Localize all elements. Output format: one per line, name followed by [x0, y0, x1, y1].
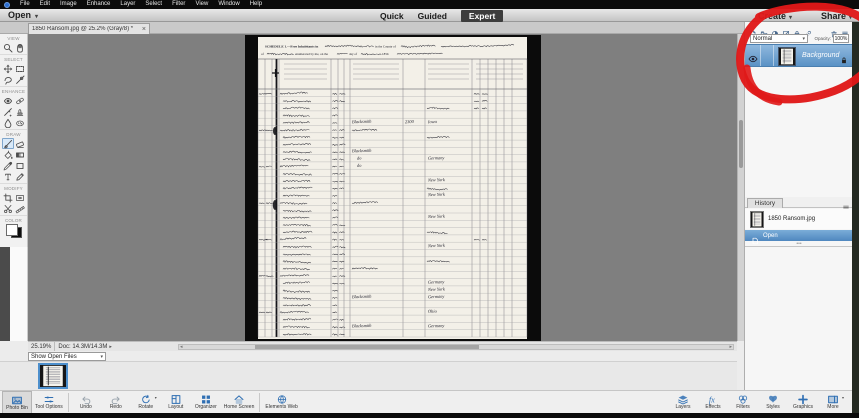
history-panel-header: History	[745, 197, 852, 208]
red-eye-tool[interactable]	[2, 95, 14, 106]
taskbar: Photo BinTool OptionsUndoRedo▾RotateLayo…	[0, 390, 852, 413]
toolbox-section-label: MODIFY	[0, 186, 27, 191]
lock-layer-icon[interactable]	[793, 25, 801, 33]
scroll-right-icon[interactable]: ▸	[729, 344, 732, 350]
opacity-label: Opacity:	[809, 36, 831, 41]
horizontal-scrollbar[interactable]: ◂ ▸	[178, 344, 734, 350]
layers-icon	[677, 392, 689, 403]
redo-icon	[110, 392, 122, 403]
menu-view[interactable]: View	[195, 0, 208, 9]
document-tab[interactable]: 1850 Ransom.jpg @ 25.2% (Gray/8) * ×	[28, 23, 150, 34]
sponge-tool[interactable]	[14, 117, 26, 128]
svg-text:Blacksmith: Blacksmith	[352, 119, 372, 125]
census-document-image[interactable]: SCHEDULE 1.—Free Inhabitants inin the Co…	[245, 35, 541, 341]
blend-mode-select[interactable]: Normal▾	[750, 34, 808, 43]
layer-row-background[interactable]: Background	[745, 44, 852, 67]
tool-options-icon	[43, 392, 55, 403]
app-logo-icon	[4, 2, 10, 8]
document-tab-bar: 1850 Ransom.jpg @ 25.2% (Gray/8) * ×	[0, 22, 744, 34]
layer-thumbnail[interactable]	[778, 47, 796, 66]
quick-selection-tool[interactable]	[14, 74, 26, 85]
history-file-entry[interactable]: 1850 Ransom.jpg	[745, 209, 852, 229]
toolbox-section-label: SELECT	[0, 57, 27, 62]
new-layer-icon[interactable]	[749, 25, 757, 33]
globe-icon	[276, 392, 288, 403]
pencil-tool[interactable]	[14, 171, 26, 182]
svg-text:Iowa: Iowa	[427, 119, 438, 124]
svg-text:New York: New York	[427, 177, 446, 182]
home-icon	[233, 392, 245, 403]
taskbar-organizer-button[interactable]: Organizer	[191, 391, 221, 414]
taskbar-layout-button[interactable]: Layout	[161, 391, 191, 414]
move-tool[interactable]	[2, 63, 14, 74]
svg-text:Germany: Germany	[428, 155, 445, 160]
gradient-tool[interactable]	[14, 149, 26, 160]
toolbox-section-view: VIEW	[0, 36, 27, 54]
tab-expert[interactable]: Expert	[461, 10, 503, 22]
vertical-scrollbar-thumb[interactable]	[739, 120, 743, 168]
svg-text:Blacksmith: Blacksmith	[352, 148, 372, 154]
rotate-icon: ▾	[140, 392, 152, 403]
taskbar-elements-web-button[interactable]: Elements Web	[262, 391, 300, 414]
create-button[interactable]: Create▾	[758, 11, 792, 21]
toolbox-section-draw: DRAW	[0, 129, 27, 183]
svg-text:2300: 2300	[405, 119, 415, 124]
photoshop-elements-window: FileEditImageEnhanceLayerSelectFilterVie…	[0, 0, 859, 418]
clone-stamp-tool[interactable]	[14, 106, 26, 117]
toolbox-section-label: ENHANCE	[0, 89, 27, 94]
eyedropper-tool[interactable]	[2, 160, 14, 171]
zoom-tool[interactable]	[2, 42, 14, 53]
svg-text:Blacksmith: Blacksmith	[352, 323, 372, 329]
menu-filter[interactable]: Filter	[172, 0, 185, 9]
svg-text:1850.: 1850.	[382, 52, 389, 56]
toolbox-grid	[0, 63, 27, 85]
open-button[interactable]: Open▾	[8, 10, 38, 20]
panel-resize-handle[interactable]: •••	[745, 242, 852, 247]
toolbox-grid	[0, 95, 27, 128]
panel-menu-icon[interactable]	[841, 25, 849, 33]
taskbar-home-screen-button[interactable]: Home Screen	[221, 391, 258, 414]
status-bar: 25.19% Doc: 14.3M/14.3M▸ ◂ ▸	[28, 341, 737, 351]
layers-panel-icons	[745, 24, 852, 33]
tab-quick[interactable]: Quick	[380, 11, 404, 21]
svg-text:Ohio: Ohio	[428, 309, 438, 314]
foreground-color-swatch[interactable]	[6, 224, 18, 236]
filters-icon	[737, 392, 749, 403]
right-panel: Normal▾ Opacity: 100% Background History…	[744, 22, 852, 390]
recompose-tool[interactable]	[14, 192, 26, 203]
svg-text:SCHEDULE 1.—Free Inhabitants i: SCHEDULE 1.—Free Inhabitants in	[265, 45, 318, 49]
chevron-down-icon: ▾	[802, 36, 805, 42]
smart-brush-tool[interactable]	[2, 106, 14, 117]
window-edge	[0, 413, 859, 418]
color-swatches[interactable]	[6, 224, 22, 238]
mode-tabs: QuickGuidedExpert	[380, 9, 503, 22]
chevron-down-icon: ▾	[849, 15, 852, 21]
layout-icon	[170, 392, 182, 403]
taskbar-styles-button[interactable]: Styles	[758, 391, 788, 414]
svg-text:Blacksmith: Blacksmith	[352, 294, 372, 300]
toolbox-section-label: DRAW	[0, 132, 27, 137]
taskbar-separator	[68, 393, 69, 412]
vertical-scrollbar[interactable]	[737, 34, 744, 341]
trash-icon[interactable]	[830, 25, 838, 33]
menu-edit[interactable]: Edit	[40, 0, 50, 9]
taskbar-tool-options-button[interactable]: Tool Options	[32, 391, 66, 414]
menu-select[interactable]: Select	[145, 0, 162, 9]
toolbox-section-color: COLOR	[0, 215, 27, 241]
undo-icon	[80, 392, 92, 403]
new-group-icon[interactable]	[760, 25, 768, 33]
svg-text:New York: New York	[427, 192, 446, 197]
scroll-left-icon[interactable]: ◂	[180, 344, 183, 350]
marquee-tool[interactable]	[14, 63, 26, 74]
show-open-files-select[interactable]: Show Open Files▾	[28, 352, 106, 361]
tab-history[interactable]: History	[747, 198, 783, 208]
menu-bar: FileEditImageEnhanceLayerSelectFilterVie…	[0, 0, 859, 9]
toolbox-spacer	[10, 247, 28, 341]
spot-healing-tool[interactable]	[14, 95, 26, 106]
content-aware-move-tool[interactable]	[2, 203, 14, 214]
menu-window[interactable]: Window	[218, 0, 239, 9]
taskbar-undo-button[interactable]: Undo	[71, 391, 101, 414]
straighten-tool[interactable]	[14, 203, 26, 214]
svg-text:in the County of: in the County of	[375, 45, 397, 49]
menu-file[interactable]: File	[20, 0, 30, 9]
shape-tool[interactable]	[14, 160, 26, 171]
menu-items: FileEditImageEnhanceLayerSelectFilterVie…	[20, 0, 262, 9]
menu-image[interactable]: Image	[60, 0, 77, 9]
svg-text:New York: New York	[427, 286, 446, 291]
toolbox-grid	[0, 138, 27, 182]
crop-tool[interactable]	[2, 192, 14, 203]
taskbar-redo-button[interactable]: Redo	[101, 391, 131, 414]
svg-text:New York: New York	[427, 243, 446, 248]
taskbar-more-button[interactable]: ▾More	[818, 391, 848, 414]
svg-text:Germany: Germany	[428, 294, 445, 299]
blur-tool[interactable]	[2, 117, 14, 128]
lasso-tool[interactable]	[2, 74, 14, 85]
chevron-down-icon: ▾	[789, 15, 792, 21]
panel-menu-icon[interactable]	[842, 199, 850, 207]
toolbox-grid	[0, 42, 27, 53]
adjustment-layer-icon[interactable]	[771, 25, 779, 33]
document-tab-title: 1850 Ransom.jpg @ 25.2% (Gray/8) *	[32, 26, 139, 32]
layer-name: Background	[802, 52, 839, 59]
link-layer-icon[interactable]	[804, 25, 812, 33]
toolbox-section-label: VIEW	[0, 36, 27, 41]
svg-text:day of: day of	[349, 52, 358, 56]
chevron-down-icon: ▸	[109, 344, 112, 350]
organizer-icon	[200, 392, 212, 403]
mode-bar: Open▾ QuickGuidedExpert Create▾ Share▾	[0, 9, 859, 22]
lock-icon[interactable]	[840, 52, 848, 61]
blend-row: Normal▾ Opacity: 100%	[745, 34, 852, 44]
menu-help[interactable]: Help	[250, 0, 262, 9]
more-icon: ▾	[827, 392, 839, 403]
taskbar-filters-button[interactable]: Filters	[728, 391, 758, 414]
open-button-label: Open	[8, 10, 31, 20]
history-step-open[interactable]: Open	[745, 230, 852, 241]
svg-text:Germany: Germany	[428, 279, 445, 284]
chevron-down-icon: ▾	[35, 14, 38, 20]
eye-icon[interactable]	[748, 51, 758, 61]
toolbox-grid	[0, 192, 27, 214]
toolbox-section-enhance: ENHANCE	[0, 86, 27, 129]
zoom-level: 25.19%	[28, 342, 55, 351]
doc-size-info[interactable]: Doc: 14.3M/14.3M▸	[55, 344, 115, 350]
taskbar-separator	[259, 393, 260, 412]
svg-text:Germany: Germany	[428, 323, 445, 328]
taskbar-layers-button[interactable]: Layers	[668, 391, 698, 414]
photo-bin-thumbnail[interactable]	[38, 363, 68, 389]
history-thumbnail	[750, 211, 764, 228]
toolbox-section-select: SELECT	[0, 54, 27, 86]
svg-text:New York: New York	[427, 214, 446, 219]
chevron-down-icon: ▾	[100, 354, 103, 360]
svg-text:fx: fx	[709, 395, 715, 404]
chevron-down-icon: ▾	[842, 395, 844, 400]
horizontal-scrollbar-thumb[interactable]	[255, 345, 479, 349]
paint-bucket-tool[interactable]	[2, 149, 14, 160]
graphics-icon	[797, 392, 809, 403]
photo-bin	[0, 361, 737, 390]
eraser-tool[interactable]	[14, 138, 26, 149]
type-tool[interactable]	[2, 171, 14, 182]
menu-enhance[interactable]: Enhance	[87, 0, 111, 9]
opacity-select[interactable]: 100%	[833, 34, 849, 43]
canvas-area[interactable]: SCHEDULE 1.—Free Inhabitants inin the Co…	[28, 34, 737, 341]
menu-layer[interactable]: Layer	[120, 0, 135, 9]
taskbar-rotate-button[interactable]: ▾Rotate	[131, 391, 161, 414]
fill-layer-icon[interactable]	[782, 25, 790, 33]
toolbox-section-modify: MODIFY	[0, 183, 27, 215]
tab-guided[interactable]: Guided	[418, 11, 447, 21]
toolbox: VIEWSELECTENHANCEDRAWMODIFYCOLOR	[0, 34, 28, 247]
workspace-edge	[0, 247, 10, 341]
taskbar-photo-bin-button[interactable]: Photo Bin	[2, 391, 32, 414]
share-button[interactable]: Share▾	[821, 11, 852, 21]
chevron-down-icon: ▾	[155, 395, 157, 400]
open-step-icon	[751, 232, 759, 240]
close-icon[interactable]: ×	[142, 25, 146, 34]
hand-tool[interactable]	[14, 42, 26, 53]
taskbar-effects-button[interactable]: fxEffects	[698, 391, 728, 414]
effects-icon: fx	[707, 392, 719, 403]
brush-tool[interactable]	[2, 138, 14, 149]
desktop-edge	[852, 22, 859, 418]
styles-icon	[767, 392, 779, 403]
taskbar-graphics-button[interactable]: Graphics	[788, 391, 818, 414]
photo-bin-icon	[11, 393, 23, 404]
toolbox-section-label: COLOR	[0, 218, 27, 223]
